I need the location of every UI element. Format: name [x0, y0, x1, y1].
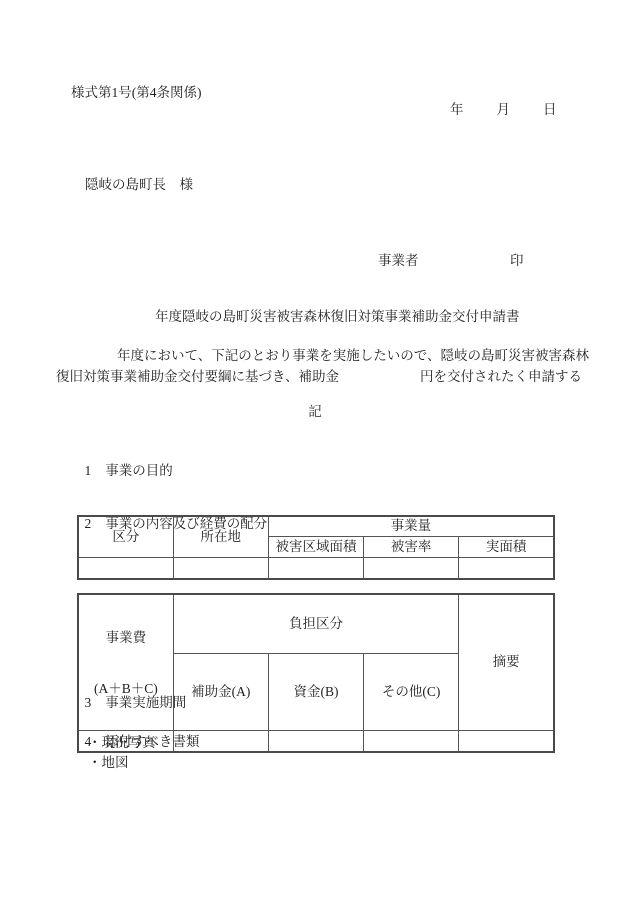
header-cell-higairitsu: 被害率 [364, 537, 459, 558]
attachment-item-map: ・地図 [88, 754, 129, 772]
header-cell-shikin-b: 資金(B) [268, 654, 363, 731]
header-cell-sonota-c: その他(C) [364, 654, 459, 731]
body-paragraph-line2: 復旧対策事業補助金交付要綱に基づき、補助金 円を交付されたく申請する [56, 368, 582, 386]
header-cell-higai-kuiki-menseki: 被害区域面積 [268, 537, 363, 558]
header-cell-kubun: 区分 [78, 516, 173, 558]
section-3-number: 3 [85, 694, 92, 712]
header-cell-jigyoryo: 事業量 [268, 516, 554, 537]
date-line: 年 月 日 [450, 101, 559, 119]
business-table-row [78, 558, 554, 580]
header-cell-shozaichi: 所在地 [173, 516, 268, 558]
header-cell-tekiyo: 摘要 [459, 594, 554, 731]
table-cell [78, 558, 173, 580]
section-1-title: 事業の目的 [105, 462, 173, 480]
header-cell-jitsumenseki: 実面積 [459, 537, 554, 558]
table-cell [459, 731, 554, 753]
table-cell [364, 731, 459, 753]
table-cell [268, 731, 363, 753]
document-title: 年度隠岐の島町災害被害森林復旧対策事業補助金交付申請書 [155, 308, 520, 326]
table-cell [268, 558, 363, 580]
section-1-heading: 1事業の目的 [71, 444, 173, 499]
body-paragraph-line1: 年度において、下記のとおり事業を実施したいので、隠岐の島町災害被害森林 [117, 347, 589, 365]
record-marker: 記 [0, 403, 630, 421]
section-1-number: 1 [85, 462, 92, 480]
seal-label: 印 [510, 252, 524, 270]
business-volume-table: 区分 所在地 事業量 被害区域面積 被害率 実面積 [77, 515, 555, 580]
addressee-line: 隠岐の島町長 様 [85, 176, 193, 194]
section-3-title: 事業実施期間 [105, 694, 186, 712]
applicant-label: 事業者 [378, 252, 419, 270]
table-cell [173, 558, 268, 580]
header-cell-futan-kubun: 負担区分 [173, 594, 459, 654]
jigyohi-line1: 事業費 [79, 629, 173, 646]
form-number: 様式第1号(第4条関係) [71, 84, 202, 102]
table-cell [459, 558, 554, 580]
table-cell [364, 558, 459, 580]
attachment-item-photo: ・現況写真 [88, 734, 156, 752]
application-form-page: 様式第1号(第4条関係) 年 月 日 隠岐の島町長 様 事業者 印 年度隠岐の島… [0, 0, 630, 915]
